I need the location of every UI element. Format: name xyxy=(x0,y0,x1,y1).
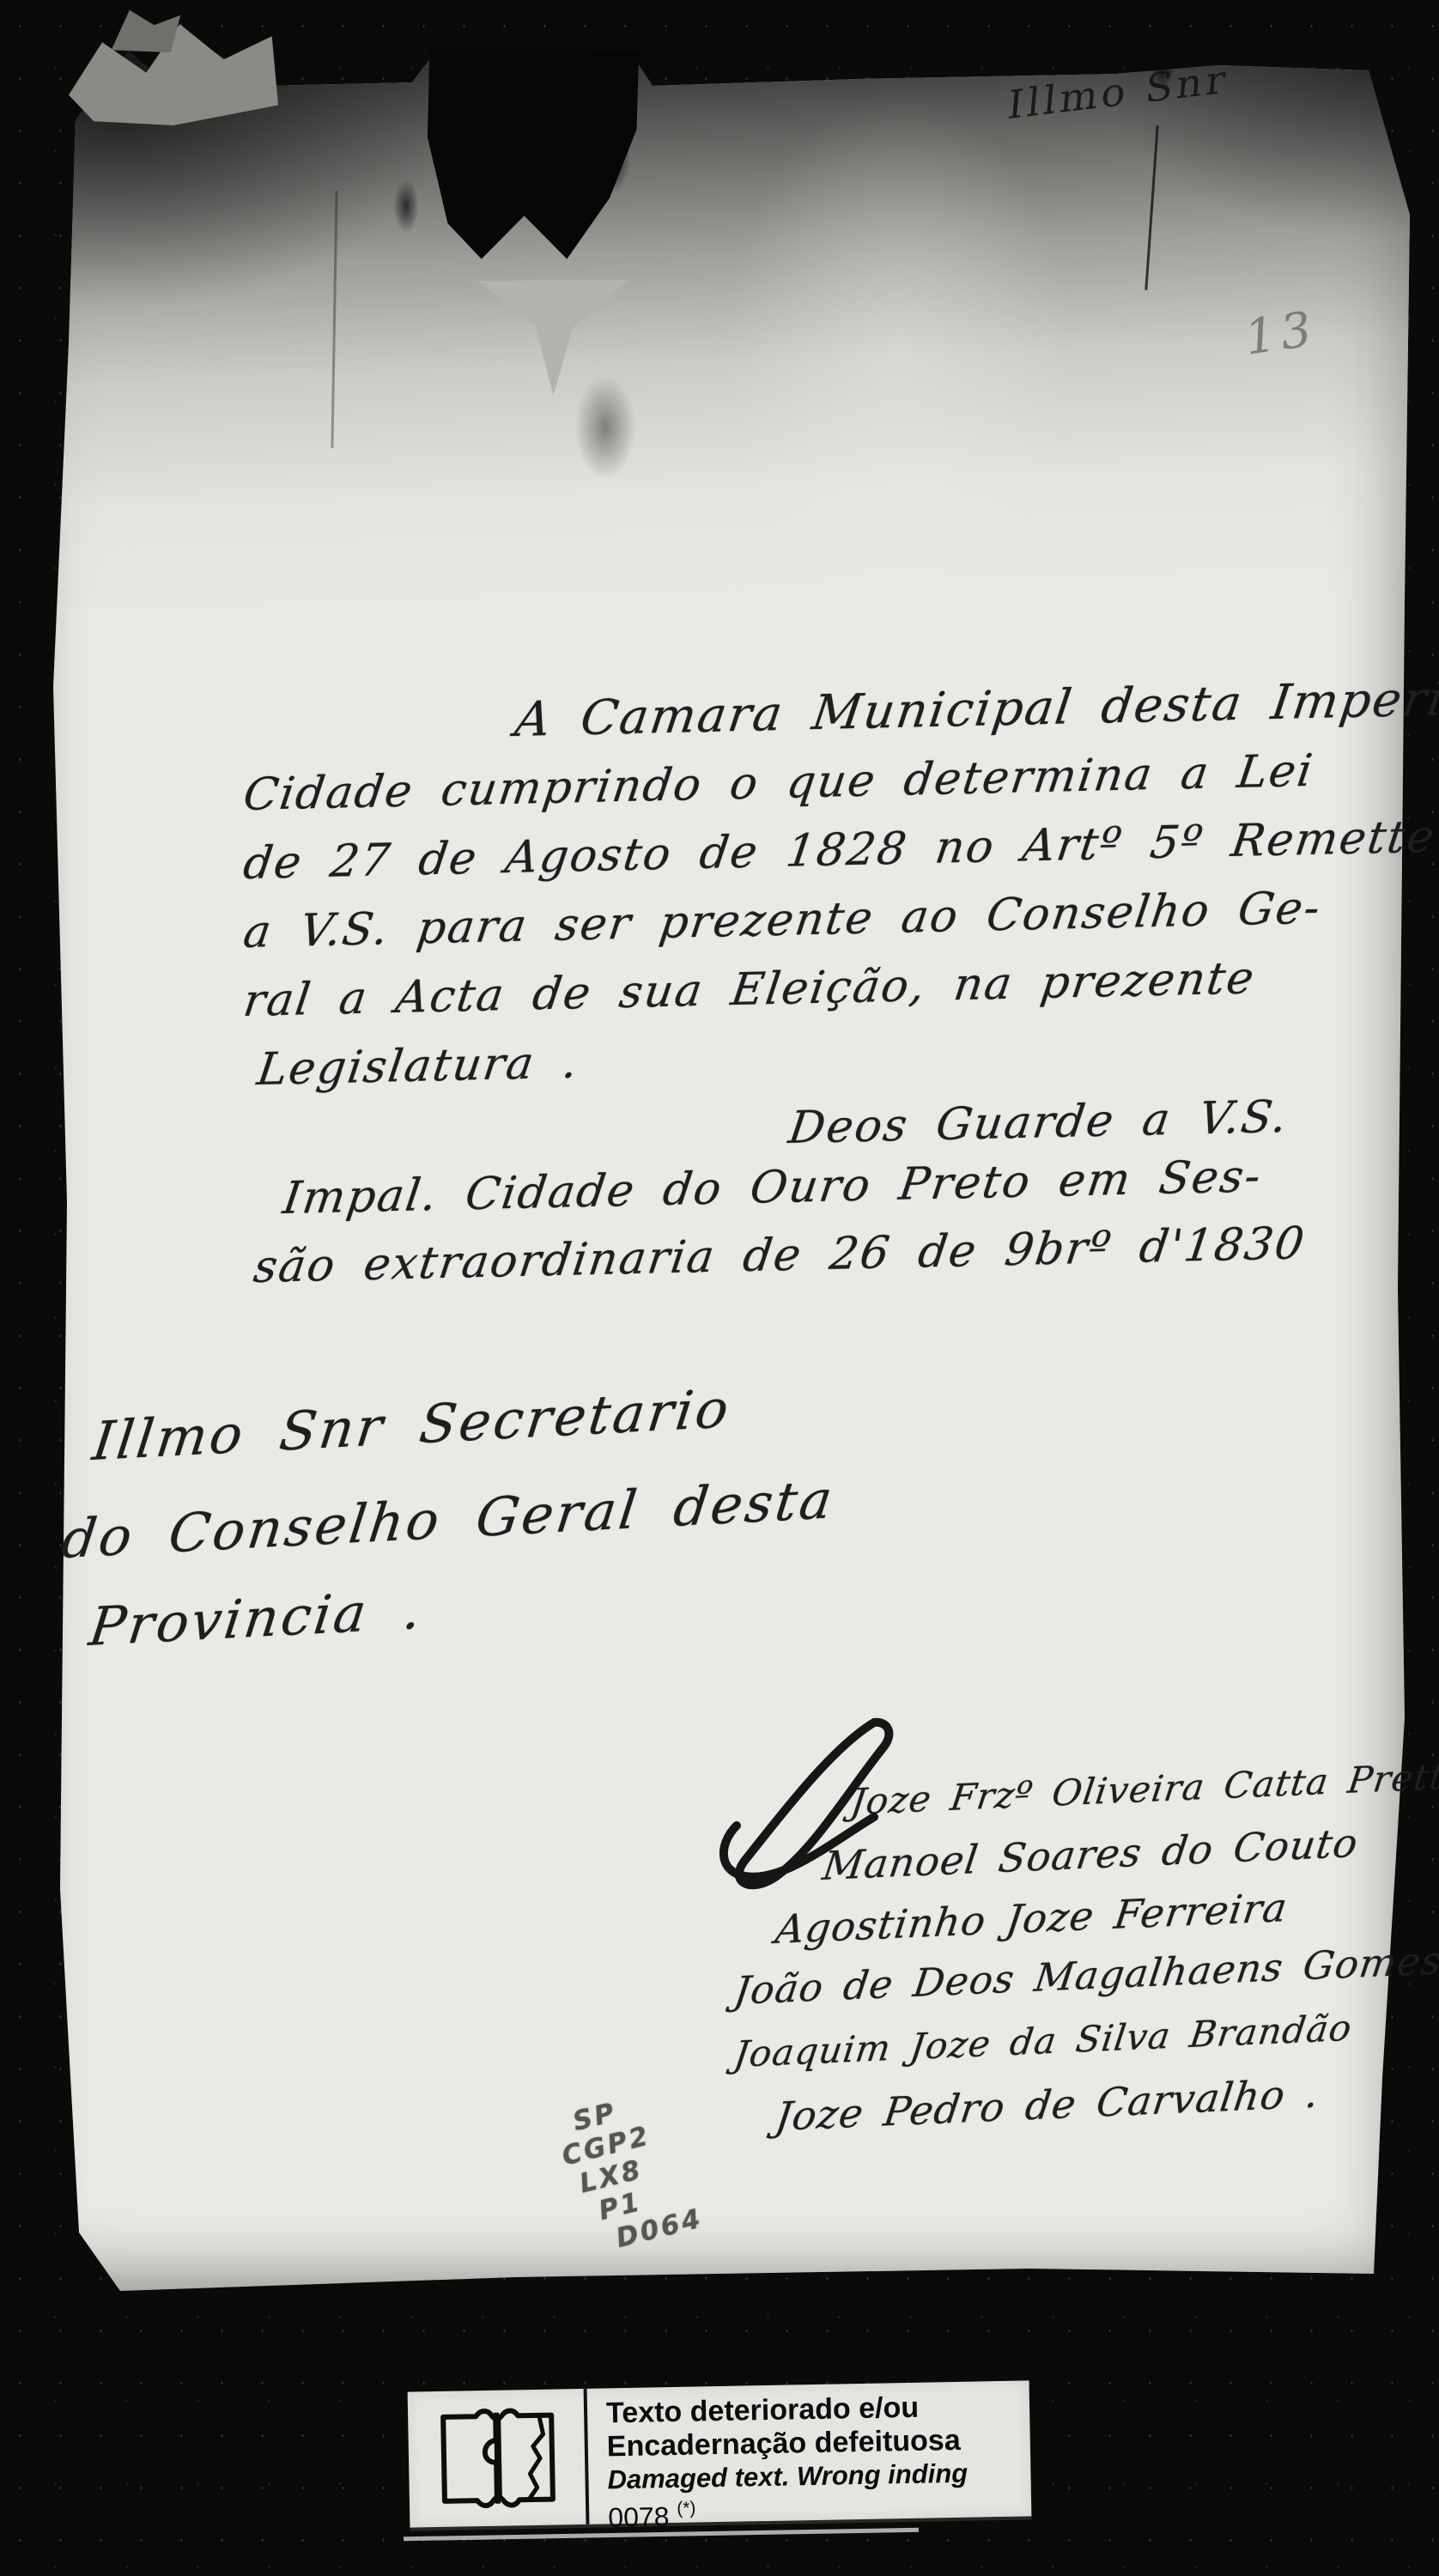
stain-blob xyxy=(393,179,419,234)
condition-label: Texto deteriorado e/ou Encadernação defe… xyxy=(408,2380,1032,2527)
label-number-note: (*) xyxy=(677,2499,696,2518)
stain-blob xyxy=(575,376,635,479)
label-number-value: 0078 xyxy=(608,2501,670,2533)
scanned-document: Illmo Snr 13 A Camara Municipal desta Im… xyxy=(0,0,1439,2576)
letter-line: Legislatura . xyxy=(254,1037,582,1096)
label-text: Texto deteriorado e/ou Encadernação defe… xyxy=(587,2382,968,2524)
damaged-book-icon xyxy=(430,2404,562,2512)
page-number: 13 xyxy=(1242,301,1321,367)
label-line-en: Damaged text. Wrong inding xyxy=(607,2458,968,2496)
stain-blob xyxy=(884,31,919,79)
torn-paper-fragment xyxy=(105,5,187,55)
label-icon-box xyxy=(408,2389,590,2528)
